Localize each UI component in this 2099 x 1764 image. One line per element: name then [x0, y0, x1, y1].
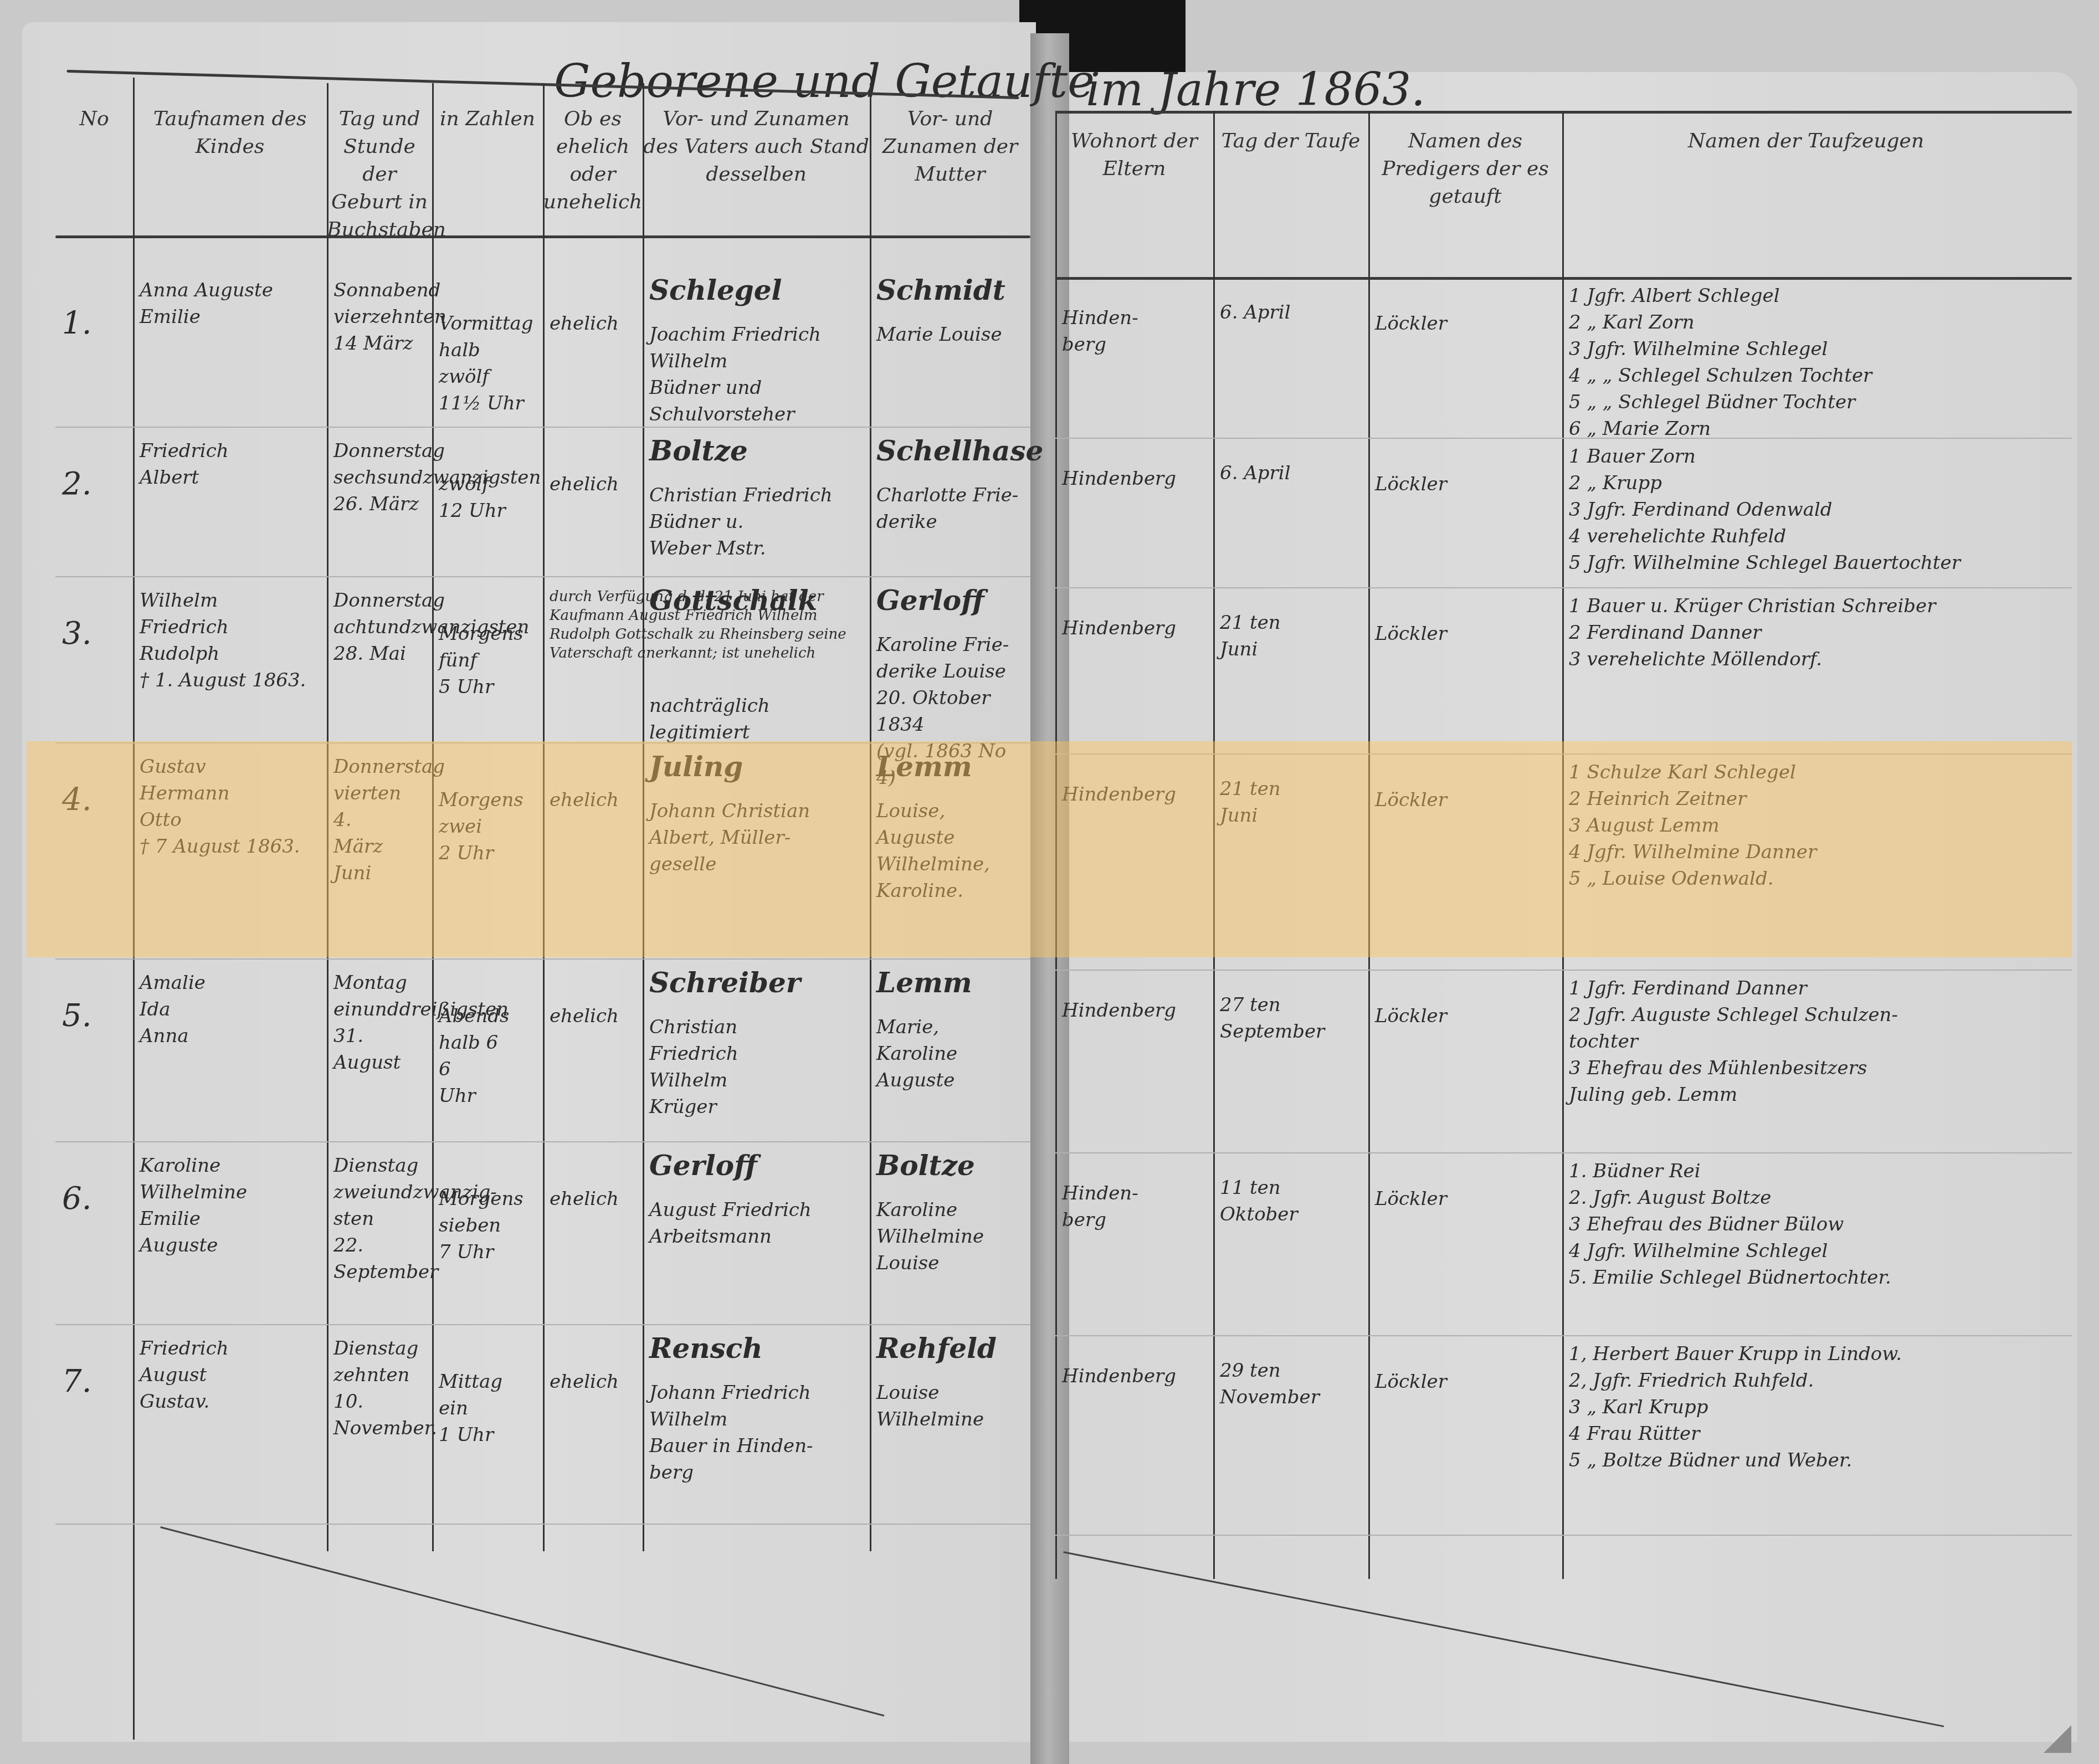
entry-6-birth_day: Dienstag zweiundzwanzig- sten 22. Septem… — [333, 1152, 425, 1285]
column-header-mother: Vor- und Zunamen der Mutter — [870, 105, 1030, 188]
column-header-pastor: Namen des Predigers der es getauft — [1368, 127, 1562, 211]
entry-1-birth_hour: Vormittag halb zwölf 11½ Uhr — [439, 310, 536, 417]
entry-5-birth_hour: Abends halb 6 6 Uhr — [439, 1003, 536, 1109]
entry-4-baptism: 21 ten Juni — [1220, 776, 1362, 829]
entry-5-father_surname: Schreiber — [649, 970, 863, 996]
entry-7-residence: Hindenberg — [1062, 1363, 1207, 1389]
entry-1-pastor: Löckler — [1375, 310, 1556, 337]
row-separator — [1055, 753, 2072, 755]
entry-7-birth_hour: Mittag ein 1 Uhr — [439, 1368, 536, 1448]
entry-6-mother_surname: Boltze — [876, 1152, 1024, 1179]
column-header-legit: Ob es ehelich oder unehelich — [543, 105, 643, 216]
entry-1-birth_day: Sonnabend vierzehnten 14 März — [333, 277, 425, 357]
entry-3-child: Wilhelm Friedrich Rudolph † 1. August 18… — [140, 587, 320, 694]
entry-4-father_surname: Juling — [649, 753, 863, 780]
entry-1-mother_surname: Schmidt — [876, 277, 1024, 304]
entry-4-sponsors: 1 Schulze Karl Schlegel 2 Heinrich Zeitn… — [1569, 759, 2043, 892]
entry-7-child: Friedrich August Gustav. — [140, 1335, 320, 1415]
register-title: Geborene und Getaufte — [554, 55, 1095, 108]
entry-1-father: Joachim Friedrich Wilhelm Büdner und Sch… — [649, 321, 863, 428]
entry-6-baptism: 11 ten Oktober — [1220, 1175, 1362, 1228]
entry-5-mother_surname: Lemm — [876, 970, 1024, 996]
row-separator — [55, 427, 1030, 428]
entry-2-sponsors: 1 Bauer Zorn 2 „ Krupp 3 Jgfr. Ferdinand… — [1569, 443, 2043, 576]
entry-1-mother: Marie Louise — [876, 321, 1024, 348]
column-divider — [870, 83, 871, 1551]
book-gutter — [1030, 33, 1069, 1764]
entry-6-father: August Friedrich Arbeitsmann — [649, 1197, 863, 1250]
entry-7-father_surname: Rensch — [649, 1335, 863, 1362]
entry-4-mother_surname: Lemm — [876, 753, 1024, 780]
entry-5-sponsors: 1 Jgfr. Ferdinand Danner 2 Jgfr. Auguste… — [1569, 975, 2043, 1108]
entry-3-father_surname: Gottschalk — [649, 587, 863, 614]
row-separator — [55, 1324, 1030, 1325]
entry-5-mother: Marie, Karoline Auguste — [876, 1014, 1024, 1094]
entry-4-birth_hour: Morgens zwei 2 Uhr — [439, 787, 536, 866]
column-header-residence: Wohnort der Eltern — [1055, 127, 1213, 183]
entry-4-birth_day: Donnerstag vierten 4. März Juni — [333, 753, 425, 886]
entry-3-sponsors: 1 Bauer u. Krüger Christian Schreiber 2 … — [1569, 593, 2043, 673]
entry-5-legit: ehelich — [550, 1003, 636, 1029]
entry-3-no: 3. — [62, 621, 126, 647]
row-separator — [1055, 587, 2072, 588]
entry-4-residence: Hindenberg — [1062, 781, 1207, 808]
entry-2-father: Christian Friedrich Büdner u. Weber Mstr… — [649, 482, 863, 562]
entry-3-birth_day: Donnerstag achtundzwanzigsten 28. Mai — [333, 587, 425, 667]
entry-6-legit: ehelich — [550, 1186, 636, 1212]
row-separator — [1055, 1535, 2072, 1536]
entry-4-pastor: Löckler — [1375, 787, 1556, 813]
column-header-birth_day: Tag und Stunde der Geburt in Buchstaben — [327, 105, 432, 244]
entry-7-legit: ehelich — [550, 1368, 636, 1395]
entry-3-mother_surname: Gerloff — [876, 587, 1024, 614]
entry-5-child: Amalie Ida Anna — [140, 970, 320, 1049]
entry-5-birth_day: Montag einunddreißigsten 31. August — [333, 970, 425, 1076]
row-separator — [1055, 1152, 2072, 1153]
row-separator — [1055, 1335, 2072, 1336]
column-header-no: No — [55, 105, 133, 133]
entry-4-legit: ehelich — [550, 787, 636, 813]
entry-2-mother: Charlotte Frie- derike — [876, 482, 1024, 535]
entry-1-residence: Hinden- berg — [1062, 305, 1207, 358]
entry-6-birth_hour: Morgens sieben 7 Uhr — [439, 1186, 536, 1265]
entry-2-birth_day: Donnerstag sechsundzwanzigsten 26. März — [333, 438, 425, 517]
column-divider — [133, 78, 135, 1740]
row-separator — [55, 1524, 1030, 1525]
entry-3-birth_hour: Morgens fünf 5 Uhr — [439, 621, 536, 700]
entry-5-pastor: Löckler — [1375, 1003, 1556, 1029]
entry-7-birth_day: Dienstag zehnten 10. November. — [333, 1335, 425, 1442]
column-divider — [1055, 111, 1057, 1579]
column-header-child: Taufnamen des Kindes — [133, 105, 327, 161]
entry-3-father: nachträglich legitimiert — [649, 693, 863, 746]
entry-1-sponsors: 1 Jgfr. Albert Schlegel 2 „ Karl Zorn 3 … — [1569, 283, 2043, 442]
entry-6-no: 6. — [62, 1186, 126, 1212]
entry-2-birth_hour: zwölf 12 Uhr — [439, 471, 536, 524]
entry-1-child: Anna Auguste Emilie — [140, 277, 320, 330]
entry-4-mother: Louise, Auguste Wilhelmine, Karoline. — [876, 798, 1024, 904]
entry-2-pastor: Löckler — [1375, 471, 1556, 498]
entry-4-child: Gustav Hermann Otto † 7 August 1863. — [140, 753, 320, 860]
entry-7-sponsors: 1, Herbert Bauer Krupp in Lindow. 2, Jgf… — [1569, 1341, 2043, 1474]
entry-7-mother: Louise Wilhelmine — [876, 1380, 1024, 1433]
entry-7-pastor: Löckler — [1375, 1368, 1556, 1395]
entry-6-mother: Karoline Wilhelmine Louise — [876, 1197, 1024, 1276]
column-divider — [1562, 111, 1564, 1579]
column-divider — [432, 83, 434, 1551]
entry-6-pastor: Löckler — [1375, 1186, 1556, 1212]
entry-1-baptism: 6. April — [1220, 299, 1362, 326]
register-year: im Jahre 1863. — [1086, 64, 1425, 116]
entry-3-residence: Hindenberg — [1062, 615, 1207, 642]
entry-2-legit: ehelich — [550, 471, 636, 498]
row-separator — [55, 576, 1030, 577]
entry-4-father: Johann Christian Albert, Müller- geselle — [649, 798, 863, 878]
entry-6-residence: Hinden- berg — [1062, 1180, 1207, 1233]
row-separator — [55, 1141, 1030, 1142]
entry-2-no: 2. — [62, 471, 126, 498]
entry-2-child: Friedrich Albert — [140, 438, 320, 491]
column-divider — [543, 83, 545, 1551]
entry-3-pastor: Löckler — [1375, 621, 1556, 647]
column-divider — [643, 83, 644, 1551]
column-header-sponsors: Namen der Taufzeugen — [1562, 127, 2050, 155]
entry-5-no: 5. — [62, 1003, 126, 1029]
column-header-baptism: Tag der Taufe — [1213, 127, 1368, 155]
entry-7-mother_surname: Rehfeld — [876, 1335, 1024, 1362]
entry-2-baptism: 6. April — [1220, 460, 1362, 486]
entry-4-no: 4. — [62, 787, 126, 813]
entry-7-no: 7. — [62, 1368, 126, 1395]
entry-3-baptism: 21 ten Juni — [1220, 609, 1362, 663]
entry-1-father_surname: Schlegel — [649, 277, 863, 304]
entry-2-mother_surname: Schellhase — [876, 438, 1024, 464]
entry-1-no: 1. — [62, 310, 126, 337]
entry-7-baptism: 29 ten November — [1220, 1357, 1362, 1411]
row-separator — [55, 958, 1030, 960]
column-divider — [1213, 111, 1215, 1579]
column-header-birth_hour: in Zahlen — [432, 105, 543, 133]
entry-6-sponsors: 1. Büdner Rei 2. Jgfr. August Boltze 3 E… — [1569, 1158, 2043, 1291]
entry-2-residence: Hindenberg — [1062, 465, 1207, 492]
column-header-father: Vor- und Zunamen des Vaters auch Stand d… — [643, 105, 870, 188]
entry-6-father_surname: Gerloff — [649, 1152, 863, 1179]
entry-5-father: Christian Friedrich Wilhelm Krüger — [649, 1014, 863, 1120]
entry-5-baptism: 27 ten September — [1220, 992, 1362, 1045]
entry-5-residence: Hindenberg — [1062, 997, 1207, 1024]
row-separator — [1055, 970, 2072, 971]
entry-2-father_surname: Boltze — [649, 438, 863, 464]
column-divider — [327, 83, 329, 1551]
entry-6-child: Karoline Wilhelmine Emilie Auguste — [140, 1152, 320, 1259]
entry-1-legit: ehelich — [550, 310, 636, 337]
entry-7-father: Johann Friedrich Wilhelm Bauer in Hinden… — [649, 1380, 863, 1486]
column-divider — [1368, 111, 1370, 1579]
